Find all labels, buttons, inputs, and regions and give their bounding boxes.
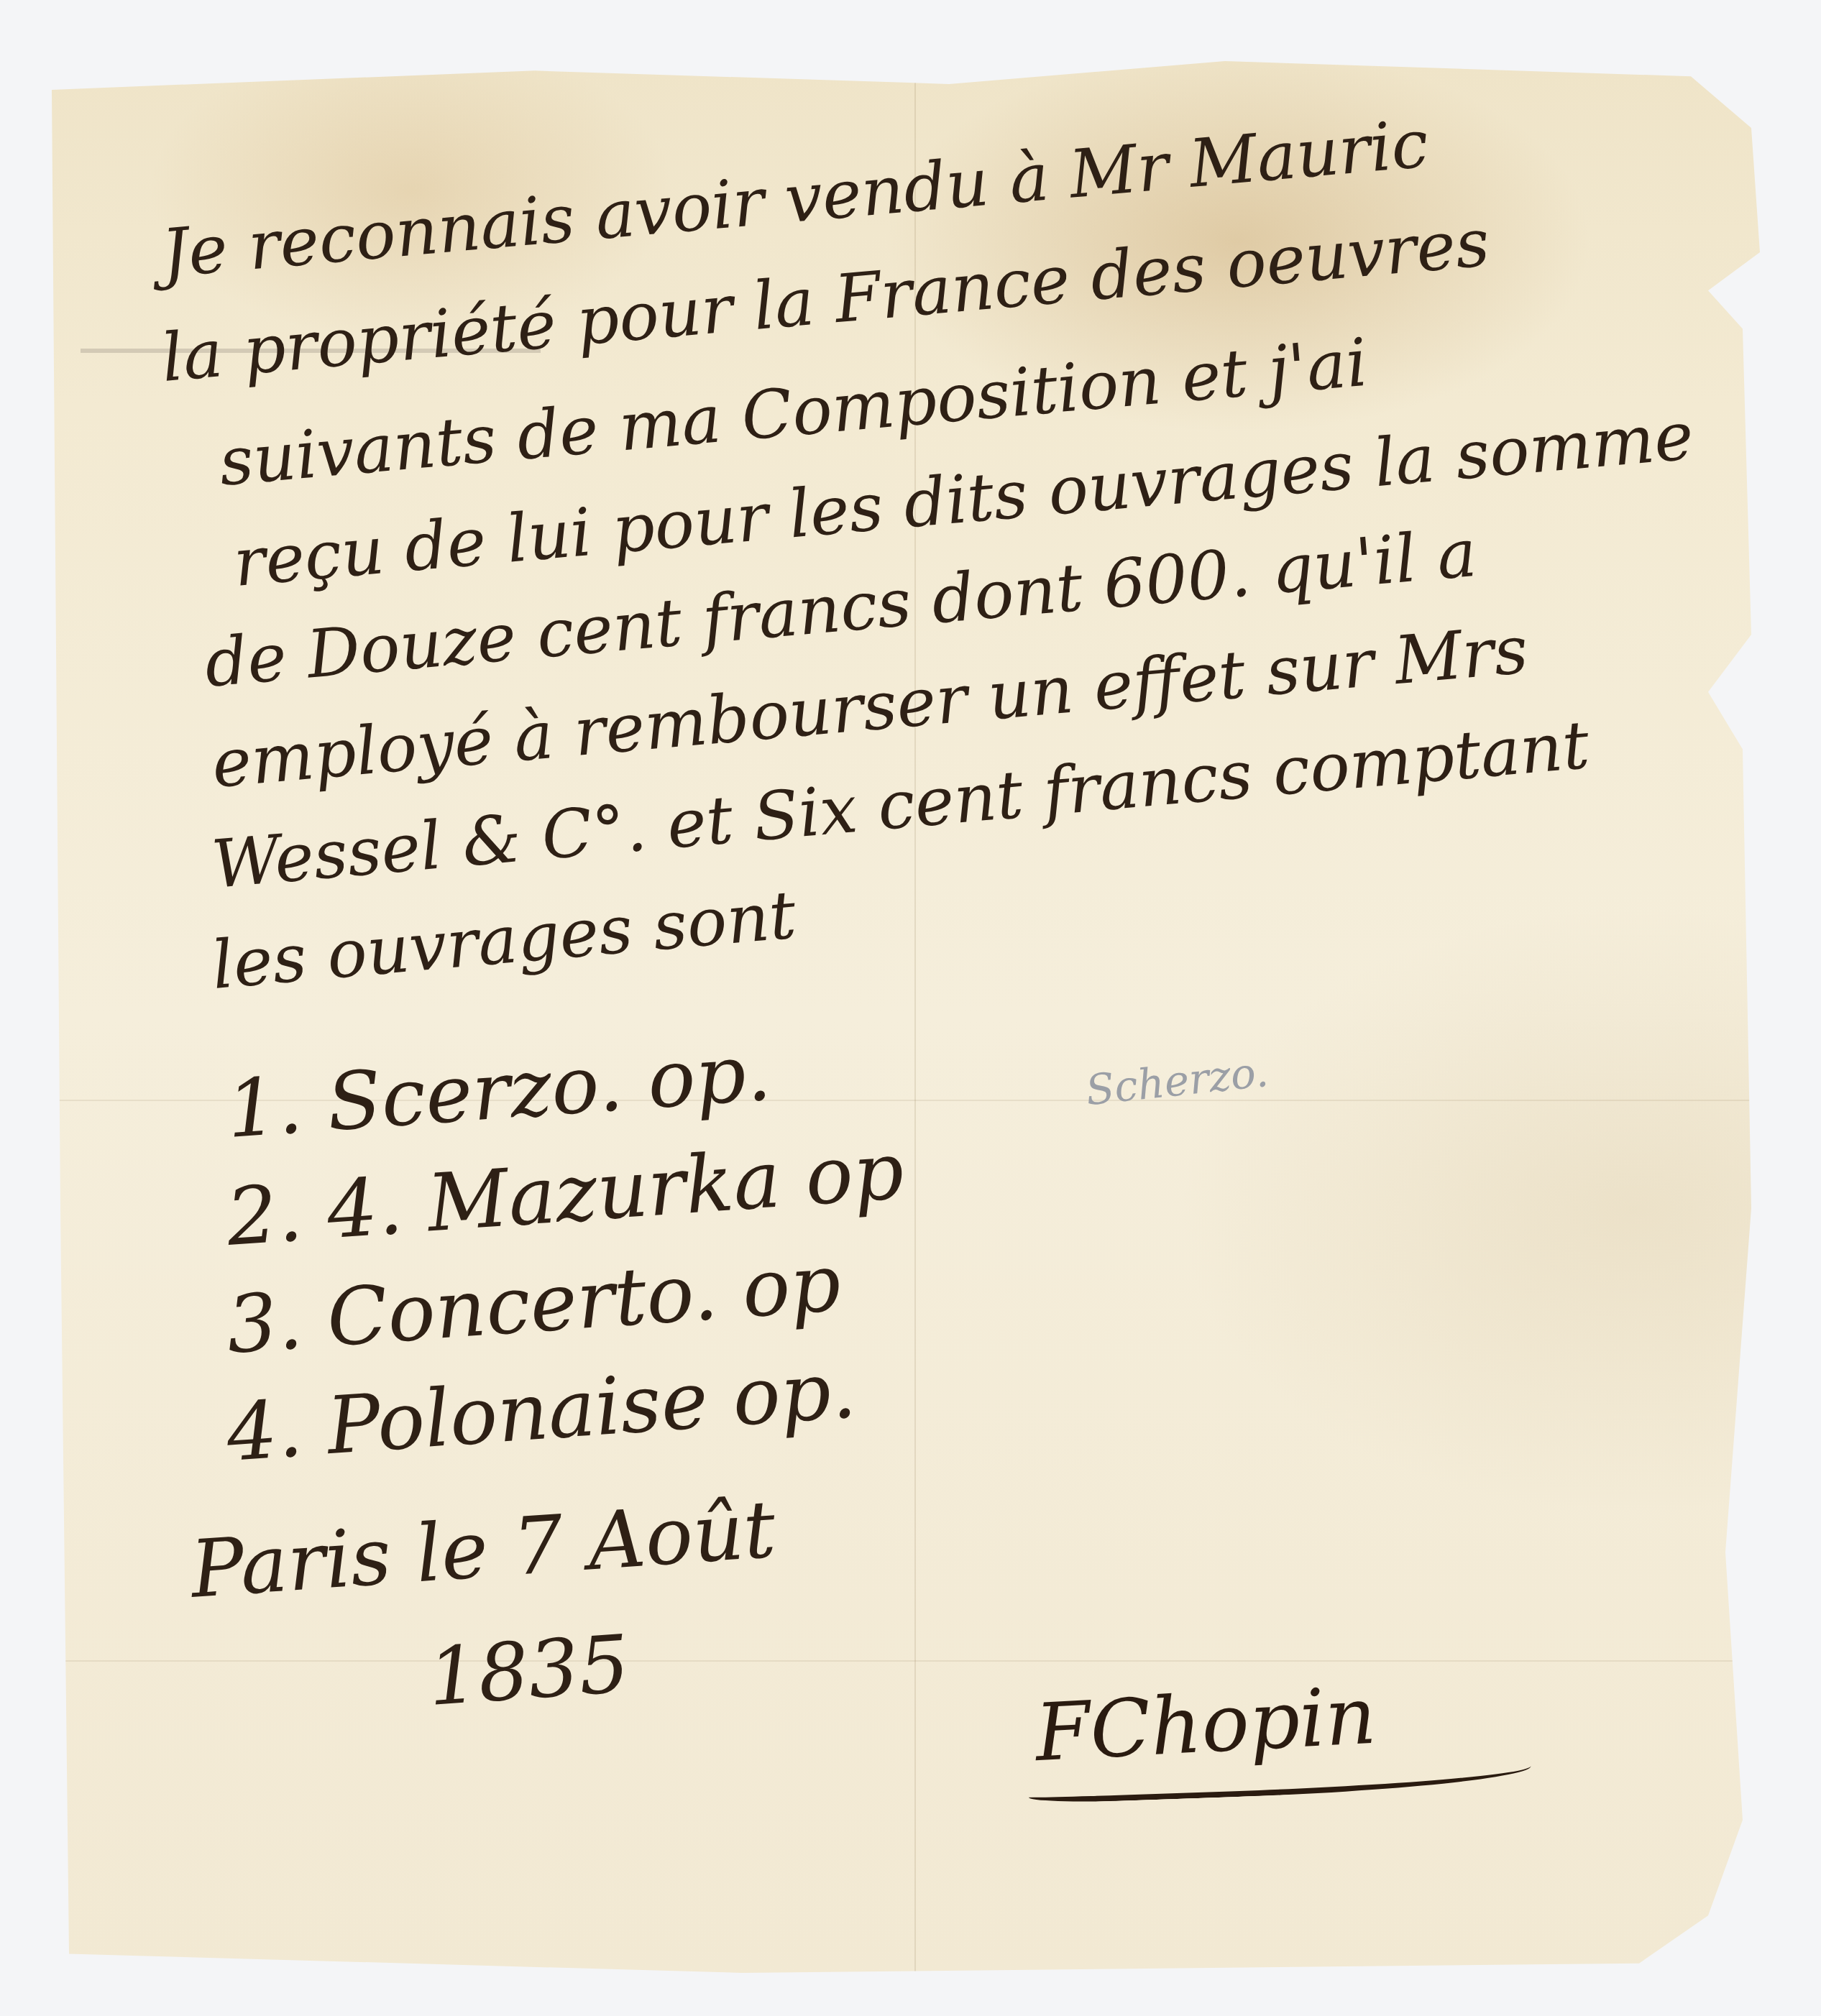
horizontal-fold-crease: [52, 1660, 1777, 1662]
year-line: 1835: [425, 1618, 632, 1723]
work-number: 4.: [224, 1382, 306, 1479]
work-number: 3.: [224, 1274, 306, 1371]
work-number: 2.: [224, 1166, 306, 1264]
work-number: 1.: [224, 1059, 306, 1156]
vertical-fold-crease: [914, 61, 916, 1973]
